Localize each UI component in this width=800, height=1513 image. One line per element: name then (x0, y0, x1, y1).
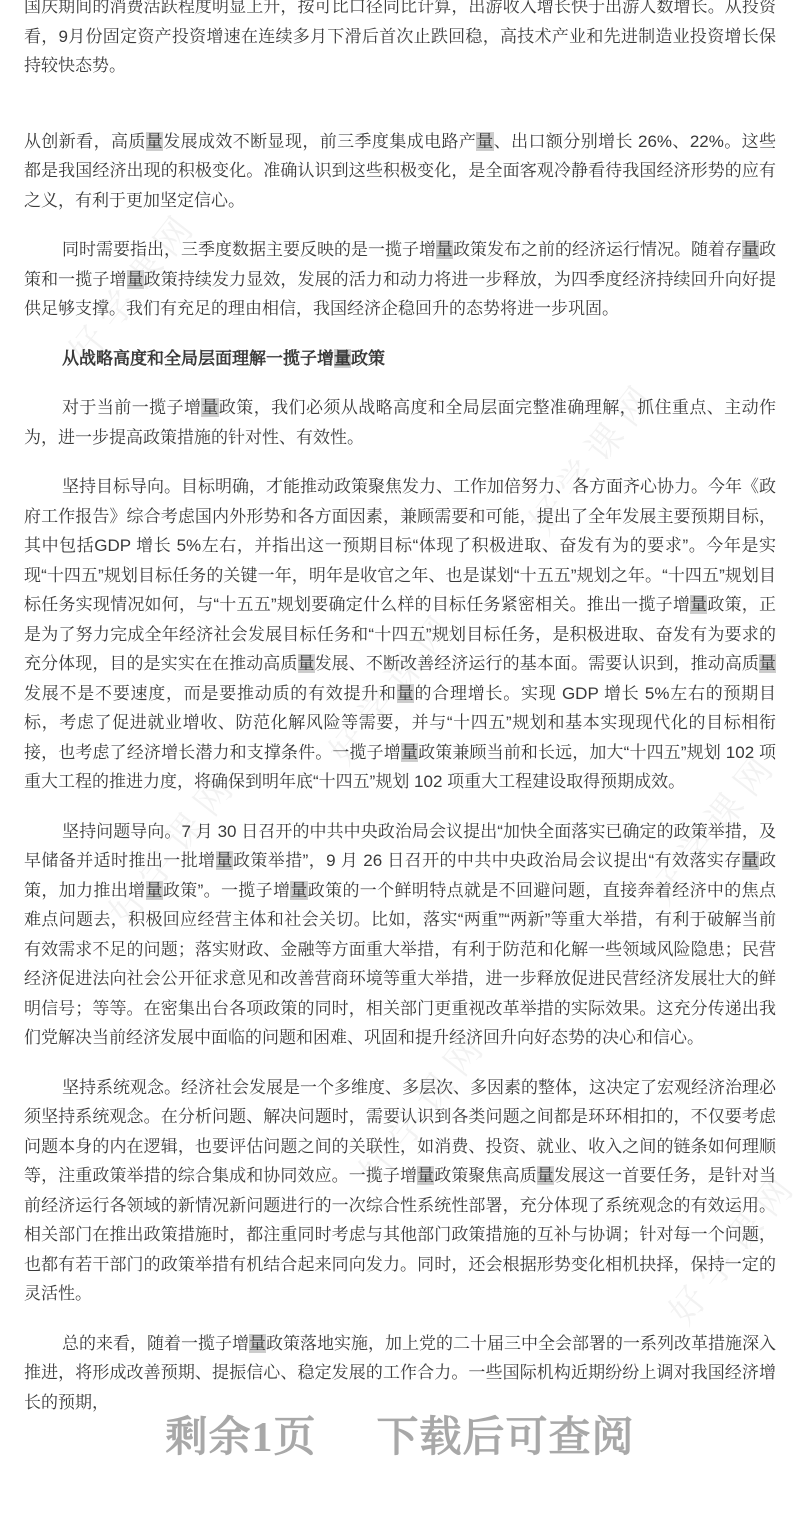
section-heading: 从战略高度和全局层面理解一揽子增量政策 (24, 344, 776, 374)
paragraph: 从创新看，高质量发展成效不断显现，前三季度集成电路产量、出口额分别增长 26%、… (24, 127, 776, 216)
keyword-highlight: 量 (397, 684, 415, 703)
download-hint-label: 下载后可查阅 (377, 1415, 635, 1461)
keyword-highlight: 量 (146, 132, 163, 151)
keyword-highlight: 量 (127, 270, 144, 289)
document-body: 国庆期间的消费活跃程度明显上升，按可比口径同比计算，出游收入增长快于出游人数增长… (0, 0, 800, 1417)
keyword-highlight: 量 (759, 654, 776, 673)
paragraph: 坚持系统观念。经济社会发展是一个多维度、多层次、多因素的整体，这决定了宏观经济治… (24, 1073, 776, 1309)
keyword-highlight: 量 (249, 1334, 266, 1353)
paragraph: 国庆期间的消费活跃程度明显上升，按可比口径同比计算，出游收入增长快于出游人数增长… (24, 0, 776, 81)
keyword-highlight: 量 (298, 654, 315, 673)
paragraph: 坚持问题导向。7 月 30 日召开的中共中央政治局会议提出“加快全面落实已确定的… (24, 817, 776, 1053)
keyword-highlight: 量 (334, 349, 351, 368)
keyword-highlight: 量 (436, 240, 453, 259)
keyword-highlight: 量 (537, 1166, 554, 1185)
paragraph: 对于当前一揽子增量政策，我们必须从战略高度和全局层面完整准确理解，抓住重点、主动… (24, 393, 776, 452)
remaining-pages-label: 剩余1页 (165, 1415, 316, 1461)
keyword-highlight: 量 (290, 881, 307, 900)
keyword-highlight: 量 (417, 1166, 434, 1185)
paragraph: 同时需要指出，三季度数据主要反映的是一揽子增量政策发布之前的经济运行情况。随着存… (24, 235, 776, 324)
keyword-highlight: 量 (742, 851, 759, 870)
keyword-highlight: 量 (476, 132, 493, 151)
document-page: { "page": { "background": "#ffffff", "te… (0, 0, 800, 1513)
keyword-highlight: 量 (216, 851, 233, 870)
keyword-highlight: 量 (401, 743, 418, 762)
keyword-highlight: 量 (201, 398, 218, 417)
page-footer: 剩余1页下载后可查阅 (0, 1404, 800, 1464)
paragraph: 坚持目标导向。目标明确，才能推动政策聚焦发力、工作加倍努力、各方面齐心协力。今年… (24, 472, 776, 797)
keyword-highlight: 量 (690, 595, 707, 614)
keyword-highlight: 量 (146, 881, 163, 900)
keyword-highlight: 量 (742, 240, 759, 259)
